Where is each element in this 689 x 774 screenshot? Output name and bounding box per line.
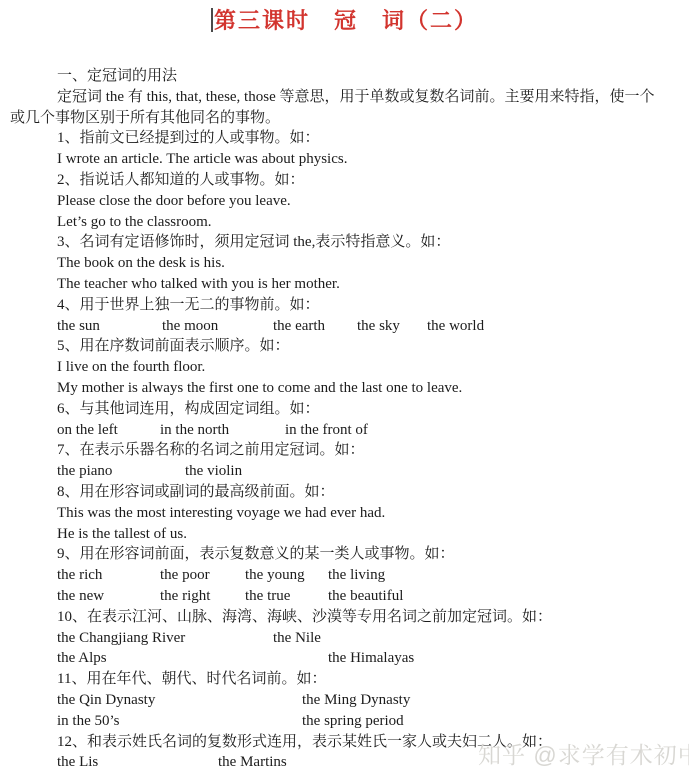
example-item: the Changjiang River: [57, 628, 273, 649]
example-item: the piano: [57, 461, 185, 482]
example-item: the violin: [185, 461, 242, 482]
example-item: the Lis: [57, 752, 218, 773]
example-row: the Changjiang Riverthe Nile: [10, 628, 665, 649]
example-row: on the leftin the northin the front of: [10, 420, 665, 441]
example-row: the pianothe violin: [10, 461, 665, 482]
example-row: the Alpsthe Himalayas: [10, 648, 665, 669]
zhihu-watermark: 知乎 @求学有术初中: [478, 737, 689, 770]
example-item: the poor: [160, 565, 245, 586]
example-item: on the left: [57, 420, 160, 441]
point-4-title: 4、用于世界上独一无二的事物前。如：: [10, 295, 665, 316]
example-sentence: Let’s go to the classroom.: [10, 212, 665, 233]
example-item: the new: [57, 586, 160, 607]
example-item: the sun: [57, 316, 162, 337]
example-item: the Ming Dynasty: [302, 690, 410, 711]
example-row: in the 50’sthe spring period: [10, 711, 665, 732]
page-title-row: 第三课时 冠 词（二）: [0, 6, 689, 36]
lesson-title: 第三课时 冠 词（二）: [214, 8, 478, 33]
example-item: the Nile: [273, 628, 321, 649]
example-sentence: The book on the desk is his.: [10, 253, 665, 274]
point-2-title: 2、指说话人都知道的人或事物。如：: [10, 170, 665, 191]
example-row: the richthe poorthe youngthe living: [10, 565, 665, 586]
example-item: the young: [245, 565, 328, 586]
point-6-title: 6、与其他词连用，构成固定词组。如：: [10, 399, 665, 420]
example-item: the rich: [57, 565, 160, 586]
example-item: the earth: [273, 316, 357, 337]
example-row: the newthe rightthe truethe beautiful: [10, 586, 665, 607]
example-item: the true: [245, 586, 328, 607]
example-item: in the 50’s: [57, 711, 302, 732]
example-item: the Alps: [57, 648, 328, 669]
point-8-title: 8、用在形容词或副词的最高级前面。如：: [10, 482, 665, 503]
intro-paragraph: 定冠词 the 有 this, that, these, those 等意思，用…: [10, 87, 665, 129]
point-10-title: 10、在表示江河、山脉、海湾、海峡、沙漠等专用名词之前加定冠词。如：: [10, 607, 665, 628]
example-sentence: I live on the fourth floor.: [10, 357, 665, 378]
document-page: 第三课时 冠 词（二） 一、定冠词的用法 定冠词 the 有 this, tha…: [0, 6, 689, 774]
example-sentence: The teacher who talked with you is her m…: [10, 274, 665, 295]
example-item: the sky: [357, 316, 427, 337]
point-1-title: 1、指前文已经提到过的人或事物。如：: [10, 128, 665, 149]
text-cursor-bar: [211, 8, 213, 32]
example-sentence: This was the most interesting voyage we …: [10, 503, 665, 524]
example-item: in the front of: [285, 420, 368, 441]
point-7-title: 7、在表示乐器名称的名词之前用定冠词。如：: [10, 440, 665, 461]
point-9-title: 9、用在形容词前面，表示复数意义的某一类人或事物。如：: [10, 544, 665, 565]
example-item: the beautiful: [328, 586, 403, 607]
point-11-title: 11、用在年代、朝代、时代名词前。如：: [10, 669, 665, 690]
document-body: 一、定冠词的用法 定冠词 the 有 this, that, these, th…: [0, 66, 689, 773]
example-sentence: I wrote an article. The article was abou…: [10, 149, 665, 170]
section-heading: 一、定冠词的用法: [10, 66, 665, 87]
example-row: the Qin Dynastythe Ming Dynasty: [10, 690, 665, 711]
example-item: the living: [328, 565, 385, 586]
example-item: the Martins: [218, 752, 287, 773]
point-3-title: 3、名词有定语修饰时，须用定冠词 the,表示特指意义。如：: [10, 232, 665, 253]
example-item: the Qin Dynasty: [57, 690, 302, 711]
point-5-title: 5、用在序数词前面表示顺序。如：: [10, 336, 665, 357]
example-sentence: He is the tallest of us.: [10, 524, 665, 545]
example-sentence: Please close the door before you leave.: [10, 191, 665, 212]
example-row: the sunthe moonthe earththe skythe world: [10, 316, 665, 337]
example-sentence: My mother is always the first one to com…: [10, 378, 665, 399]
example-item: in the north: [160, 420, 285, 441]
example-item: the Himalayas: [328, 648, 414, 669]
example-item: the right: [160, 586, 245, 607]
example-item: the world: [427, 316, 484, 337]
example-item: the spring period: [302, 711, 404, 732]
example-item: the moon: [162, 316, 273, 337]
